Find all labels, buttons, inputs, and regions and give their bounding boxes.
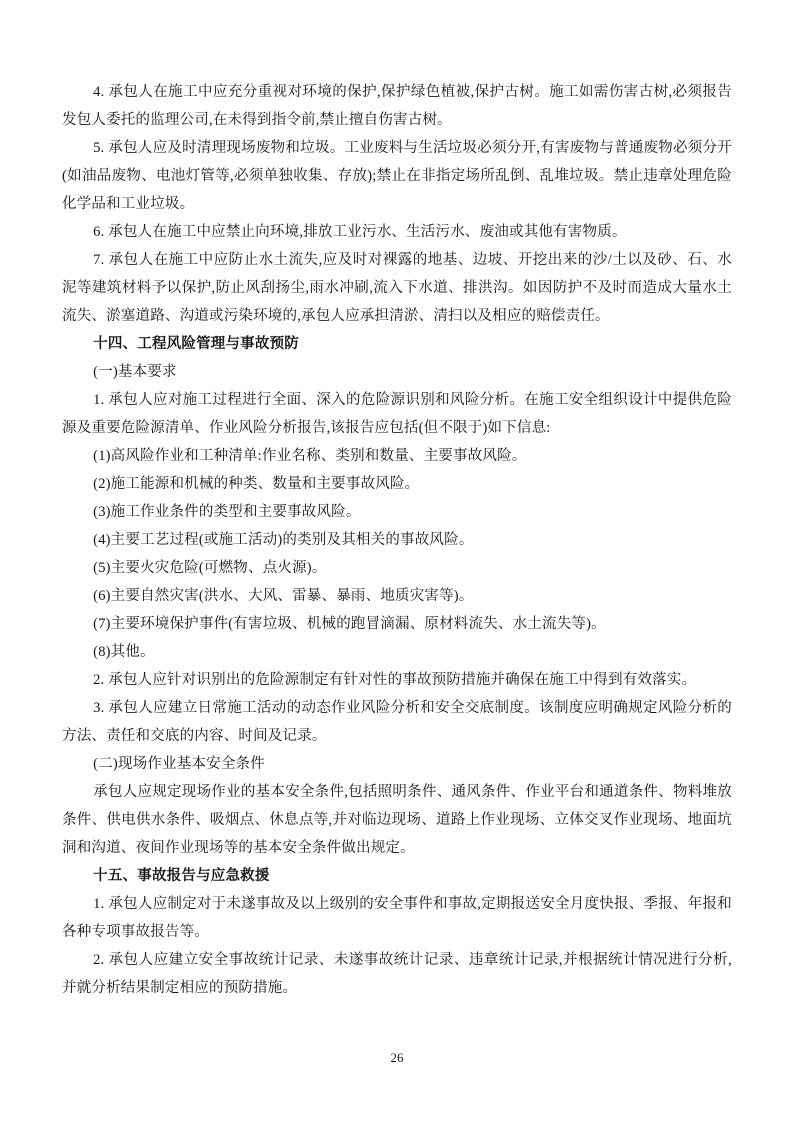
- page-number: 26: [0, 1050, 794, 1066]
- risk-info-item-3: (3)施工作业条件的类型和主要事故风险。: [62, 498, 732, 526]
- clause-site-safety: 承包人应规定现场作业的基本安全条件,包括照明条件、通风条件、作业平台和通道条件、…: [62, 778, 732, 862]
- risk-info-item-4: (4)主要工艺过程(或施工活动)的类别及其相关的事故风险。: [62, 526, 732, 554]
- clause-risk-2: 2. 承包人应针对识别出的危险源制定有针对性的事故预防措施并确保在施工中得到有效…: [62, 666, 732, 694]
- clause-env-5: 5. 承包人应及时清理现场废物和垃圾。工业废料与生活垃圾必须分开,有害废物与普通…: [62, 134, 732, 218]
- risk-info-item-7: (7)主要环境保护事件(有害垃圾、机械的跑冒滴漏、原材料流失、水土流失等)。: [62, 610, 732, 638]
- subsection-heading-basic-requirements: (一)基本要求: [62, 358, 732, 386]
- document-body: 4. 承包人在施工中应充分重视对环境的保护,保护绿色植被,保护古树。施工如需伤害…: [62, 78, 732, 1002]
- clause-env-7: 7. 承包人在施工中应防止水土流失,应及时对裸露的地基、边坡、开挖出来的沙/土以…: [62, 246, 732, 330]
- clause-env-4: 4. 承包人在施工中应充分重视对环境的保护,保护绿色植被,保护古树。施工如需伤害…: [62, 78, 732, 134]
- risk-info-item-2: (2)施工能源和机械的种类、数量和主要事故风险。: [62, 470, 732, 498]
- clause-risk-3: 3. 承包人应建立日常施工活动的动态作业风险分析和安全交底制度。该制度应明确规定…: [62, 694, 732, 750]
- risk-info-item-6: (6)主要自然灾害(洪水、大风、雷暴、暴雨、地质灾害等)。: [62, 582, 732, 610]
- section-heading-14: 十四、工程风险管理与事故预防: [62, 330, 732, 358]
- clause-risk-1: 1. 承包人应对施工过程进行全面、深入的危险源识别和风险分析。在施工安全组织设计…: [62, 386, 732, 442]
- risk-info-item-5: (5)主要火灾危险(可燃物、点火源)。: [62, 554, 732, 582]
- clause-report-1: 1. 承包人应制定对于未遂事故及以上级别的安全事件和事故,定期报送安全月度快报、…: [62, 890, 732, 946]
- document-page: 4. 承包人在施工中应充分重视对环境的保护,保护绿色植被,保护古树。施工如需伤害…: [0, 0, 794, 1122]
- risk-info-item-8: (8)其他。: [62, 638, 732, 666]
- clause-report-2: 2. 承包人应建立安全事故统计记录、未遂事故统计记录、违章统计记录,并根据统计情…: [62, 946, 732, 1002]
- risk-info-item-1: (1)高风险作业和工种清单:作业名称、类别和数量、主要事故风险。: [62, 442, 732, 470]
- section-heading-15: 十五、事故报告与应急救援: [62, 862, 732, 890]
- subsection-heading-site-safety-conditions: (二)现场作业基本安全条件: [62, 750, 732, 778]
- clause-env-6: 6. 承包人在施工中应禁止向环境,排放工业污水、生活污水、废油或其他有害物质。: [62, 218, 732, 246]
